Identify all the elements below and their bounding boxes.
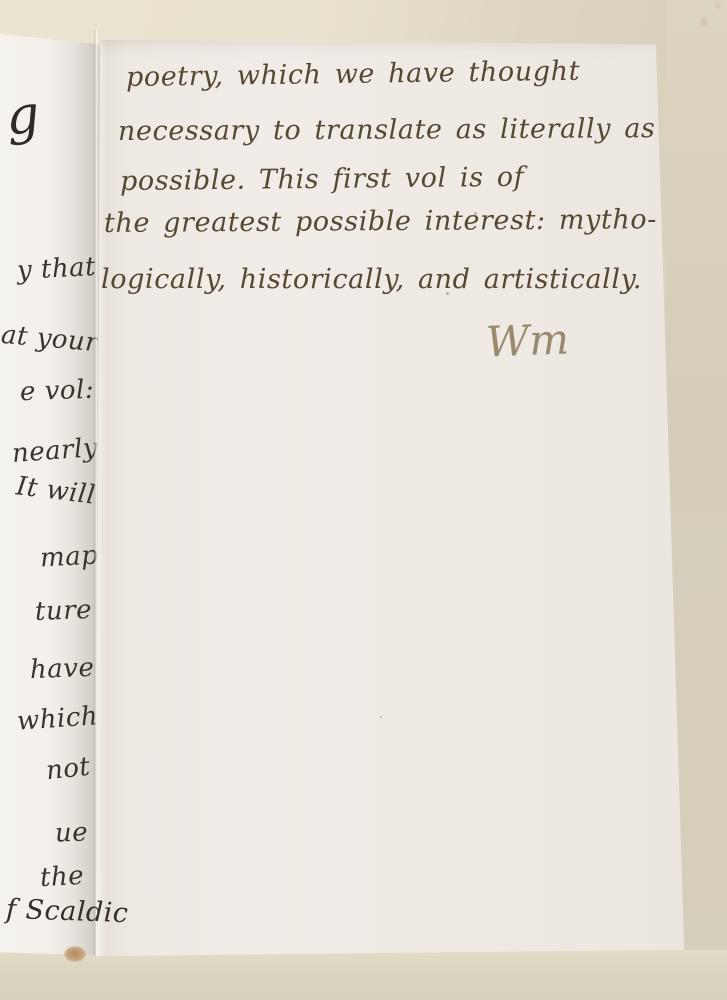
- facing-page-fragment: have: [29, 655, 94, 683]
- letter-line: logically, historically, and artisticall…: [101, 266, 642, 293]
- facing-page-fragment: map: [39, 542, 99, 571]
- stain-spot: [699, 16, 709, 28]
- facing-page-fragment: the: [39, 863, 84, 891]
- facing-page-fragment: nearly: [11, 435, 99, 467]
- stain-spot: [714, 2, 722, 10]
- facing-page-fragment-scaldic: f Scaldic: [6, 896, 129, 927]
- paper-speck: [380, 716, 382, 718]
- letter-line: poetry, which we have thought: [126, 58, 580, 91]
- signature-initials: Wm: [485, 319, 569, 364]
- facing-page-fragment: y that: [16, 254, 96, 284]
- facing-page-fragment: at your: [0, 322, 99, 356]
- stain-spot: [64, 946, 86, 962]
- facing-page-fragment: which: [16, 703, 99, 735]
- paper-speck: [446, 292, 449, 295]
- facing-page-fragment: ture: [35, 597, 93, 625]
- letter-line: necessary to translate as literally as: [118, 115, 656, 145]
- paper-speck: [474, 212, 477, 215]
- letter-line: the greatest possible interest: mytho-: [104, 206, 657, 237]
- backdrop-bottom: [0, 950, 727, 1000]
- facing-page-fragment: It will: [15, 473, 97, 509]
- facing-page: g y that at your e vol: nearly It will m…: [0, 26, 98, 958]
- letter-photo-scene: g y that at your e vol: nearly It will m…: [0, 0, 727, 1000]
- facing-page-fragment: g: [4, 88, 43, 143]
- facing-page-fragment: not: [44, 754, 91, 784]
- facing-page-fragment: ue: [54, 819, 88, 846]
- backdrop-top: [0, 0, 727, 46]
- facing-page-fragment: e vol:: [19, 377, 94, 406]
- letter-line: possible. This first vol is of: [120, 164, 525, 195]
- letter-page: poetry, which we have thought necessary …: [96, 38, 686, 958]
